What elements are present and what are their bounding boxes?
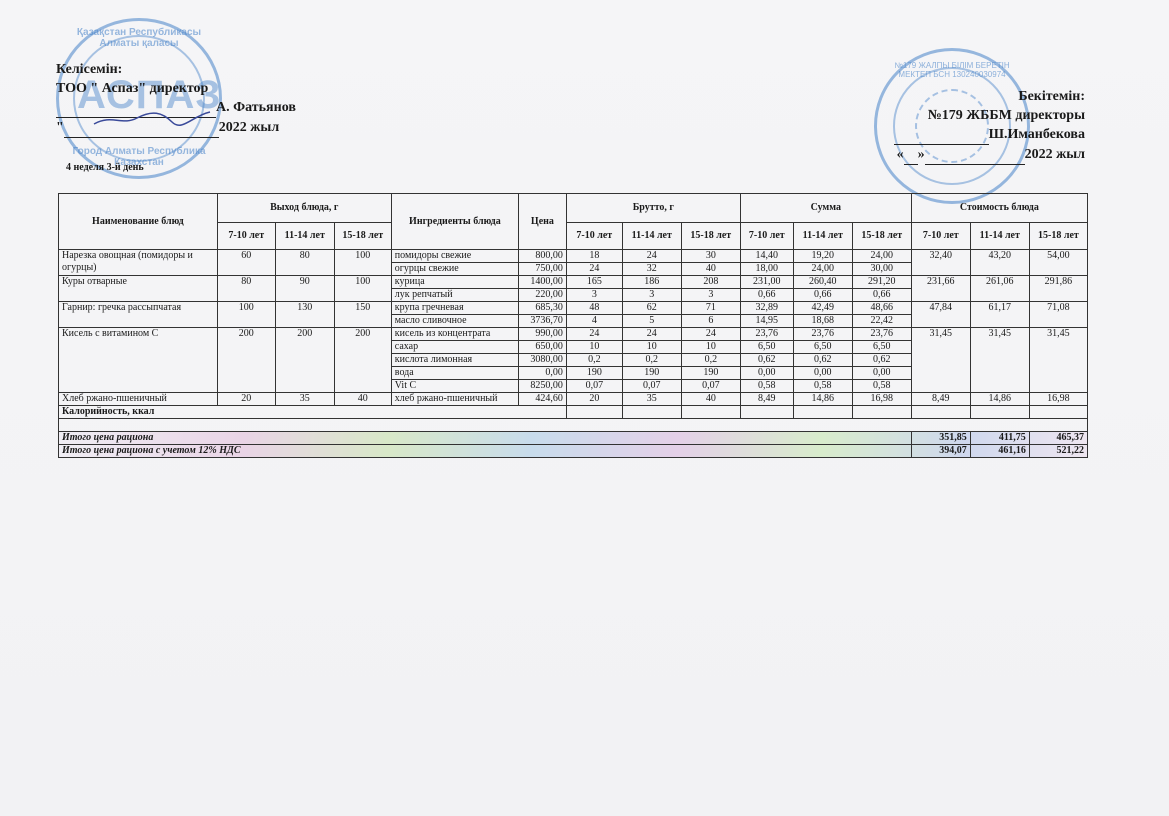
date-close-quote: » — [918, 147, 925, 162]
empty-cell — [681, 406, 740, 419]
ingredient-brutto: 186 — [622, 276, 681, 289]
ingredient-brutto: 0,2 — [622, 354, 681, 367]
ingredient-brutto: 40 — [681, 393, 740, 406]
dish-yield: 90 — [275, 276, 334, 302]
ingredient-brutto: 24 — [681, 328, 740, 341]
header-price: Цена — [519, 194, 567, 250]
dish-yield: 80 — [275, 250, 334, 276]
ingredient-sum: 42,49 — [793, 302, 852, 315]
dish-cost: 31,45 — [970, 328, 1029, 393]
header-age-group: 15-18 лет — [1029, 223, 1087, 250]
ingredient-sum: 30,00 — [852, 263, 911, 276]
total-vat-value: 521,22 — [1029, 445, 1087, 458]
empty-cell — [852, 406, 911, 419]
dish-yield: 100 — [334, 250, 391, 276]
ingredient-brutto: 165 — [566, 276, 622, 289]
ingredient-brutto: 0,07 — [566, 380, 622, 393]
ingredient-sum: 32,89 — [740, 302, 793, 315]
ingredient-sum: 48,66 — [852, 302, 911, 315]
dish-yield: 100 — [217, 302, 275, 328]
dish-cost: 43,20 — [970, 250, 1029, 276]
ingredient-brutto: 0,07 — [622, 380, 681, 393]
ingredient-brutto: 24 — [566, 328, 622, 341]
ingredient-sum: 0,66 — [793, 289, 852, 302]
ingredient-sum: 260,40 — [793, 276, 852, 289]
header-dish: Наименование блюд — [59, 194, 218, 250]
ingredient-sum: 14,95 — [740, 315, 793, 328]
ingredient-sum: 231,00 — [740, 276, 793, 289]
ingredient-brutto: 190 — [681, 367, 740, 380]
dish-yield: 35 — [275, 393, 334, 406]
dish-name: Хлеб ржано-пшеничный — [59, 393, 218, 406]
ingredient-sum: 291,20 — [852, 276, 911, 289]
ingredient-price: 3080,00 — [519, 354, 567, 367]
total-value: 465,37 — [1029, 432, 1087, 445]
ingredient-name: курица — [391, 276, 518, 289]
ingredient-sum: 8,49 — [740, 393, 793, 406]
approval-left-org: ТОО " Аспаз" директор — [56, 79, 296, 98]
approval-right-title: Бекітемін: — [894, 87, 1085, 106]
ingredient-sum: 0,00 — [740, 367, 793, 380]
dish-yield: 200 — [217, 328, 275, 393]
date-open-quote: « — [897, 147, 904, 162]
approval-left-year: 2022 жыл — [219, 120, 279, 135]
ingredient-sum: 14,86 — [793, 393, 852, 406]
ingredient-sum: 24,00 — [852, 250, 911, 263]
header-age-group: 15-18 лет — [681, 223, 740, 250]
dish-name: Нарезка овощная (помидоры и огурцы) — [59, 250, 218, 276]
header-age-group: 11-14 лет — [622, 223, 681, 250]
blank-row — [59, 419, 1088, 432]
ingredient-sum: 0,58 — [852, 380, 911, 393]
ingredient-brutto: 190 — [622, 367, 681, 380]
menu-table: Наименование блюдВыход блюда, гИнгредиен… — [58, 193, 1088, 458]
approval-left-date-quote: " — [56, 120, 64, 135]
table-row: Нарезка овощная (помидоры и огурцы)60801… — [59, 250, 1088, 263]
approval-right: Бекітемін: №179 ЖББМ директоры Ш.Иманбек… — [894, 87, 1085, 165]
ingredient-name: помидоры свежие — [391, 250, 518, 263]
ingredient-sum: 0,62 — [852, 354, 911, 367]
ingredient-name: огурцы свежие — [391, 263, 518, 276]
ingredient-sum: 0,62 — [793, 354, 852, 367]
approval-right-org: №179 ЖББМ директоры — [894, 106, 1085, 125]
header-row-groups: Наименование блюдВыход блюда, гИнгредиен… — [59, 194, 1088, 223]
ingredient-sum: 0,62 — [740, 354, 793, 367]
dish-yield: 40 — [334, 393, 391, 406]
header-age-group: 11-14 лет — [275, 223, 334, 250]
ingredient-sum: 24,00 — [793, 263, 852, 276]
dish-yield: 100 — [334, 276, 391, 302]
dish-name: Куры отварные — [59, 276, 218, 302]
ingredient-brutto: 35 — [622, 393, 681, 406]
header-age-group: 11-14 лет — [793, 223, 852, 250]
stamp-ring-top: Қазақстан Республикасы Алматы қаласы — [59, 27, 219, 49]
header-yield: Выход блюда, г — [217, 194, 391, 223]
ingredient-sum: 23,76 — [793, 328, 852, 341]
ingredient-name: кислота лимонная — [391, 354, 518, 367]
header-age-group: 15-18 лет — [852, 223, 911, 250]
ingredient-sum: 0,66 — [852, 289, 911, 302]
header-age-group: 15-18 лет — [334, 223, 391, 250]
ingredient-sum: 23,76 — [852, 328, 911, 341]
dish-cost: 231,66 — [911, 276, 970, 302]
dish-yield: 80 — [217, 276, 275, 302]
ingredient-brutto: 10 — [622, 341, 681, 354]
header-age-group: 11-14 лет — [970, 223, 1029, 250]
ingredient-sum: 6,50 — [852, 341, 911, 354]
ingredient-brutto: 20 — [566, 393, 622, 406]
ingredient-sum: 0,00 — [793, 367, 852, 380]
ingredient-name: масло сливочное — [391, 315, 518, 328]
empty-cell — [566, 406, 622, 419]
ingredient-brutto: 10 — [681, 341, 740, 354]
approval-left-name: А. Фатьянов — [216, 100, 296, 115]
dish-cost: 14,86 — [970, 393, 1029, 406]
ingredient-sum: 18,68 — [793, 315, 852, 328]
dish-yield: 60 — [217, 250, 275, 276]
empty-cell — [793, 406, 852, 419]
ingredient-brutto: 190 — [566, 367, 622, 380]
dish-cost: 61,17 — [970, 302, 1029, 328]
ingredient-price: 0,00 — [519, 367, 567, 380]
total-row: Итого цена рациона351,85411,75465,37 — [59, 432, 1088, 445]
header-brutto: Брутто, г — [566, 194, 740, 223]
ingredient-name: сахар — [391, 341, 518, 354]
ingredient-sum: 0,58 — [793, 380, 852, 393]
ingredient-sum: 14,40 — [740, 250, 793, 263]
ingredient-name: Vit C — [391, 380, 518, 393]
ingredient-brutto: 3 — [622, 289, 681, 302]
ingredient-brutto: 0,2 — [566, 354, 622, 367]
ingredient-brutto: 48 — [566, 302, 622, 315]
empty-cell — [622, 406, 681, 419]
empty-cell — [59, 419, 1088, 432]
dish-cost: 47,84 — [911, 302, 970, 328]
ingredient-price: 8250,00 — [519, 380, 567, 393]
table-row: Куры отварные8090100курица1400,001651862… — [59, 276, 1088, 289]
ingredient-price: 1400,00 — [519, 276, 567, 289]
calories-label: Калорийность, ккал — [59, 406, 567, 419]
ingredient-price: 990,00 — [519, 328, 567, 341]
empty-cell — [740, 406, 793, 419]
total-vat-label: Итого цена рациона с учетом 12% НДС — [59, 445, 912, 458]
ingredient-brutto: 24 — [566, 263, 622, 276]
ingredient-brutto: 0,2 — [681, 354, 740, 367]
dish-cost: 31,45 — [911, 328, 970, 393]
header-age-group: 7-10 лет — [911, 223, 970, 250]
ingredient-brutto: 62 — [622, 302, 681, 315]
ingredient-price: 424,60 — [519, 393, 567, 406]
total-vat-row: Итого цена рациона с учетом 12% НДС394,0… — [59, 445, 1088, 458]
ingredient-brutto: 0,07 — [681, 380, 740, 393]
total-vat-value: 461,16 — [970, 445, 1029, 458]
total-label: Итого цена рациона — [59, 432, 912, 445]
header-age-group: 7-10 лет — [566, 223, 622, 250]
ingredient-sum: 23,76 — [740, 328, 793, 341]
ingredient-brutto: 30 — [681, 250, 740, 263]
ingredient-price: 750,00 — [519, 263, 567, 276]
ingredient-name: лук репчатый — [391, 289, 518, 302]
ingredient-name: вода — [391, 367, 518, 380]
dish-cost: 31,45 — [1029, 328, 1087, 393]
ingredient-price: 220,00 — [519, 289, 567, 302]
dish-yield: 150 — [334, 302, 391, 328]
dish-cost: 261,06 — [970, 276, 1029, 302]
ingredient-price: 650,00 — [519, 341, 567, 354]
dish-yield: 130 — [275, 302, 334, 328]
dish-name: Кисель с витамином С — [59, 328, 218, 393]
ingredient-price: 3736,70 — [519, 315, 567, 328]
header-age-group: 7-10 лет — [740, 223, 793, 250]
ingredient-sum: 19,20 — [793, 250, 852, 263]
ingredient-sum: 0,58 — [740, 380, 793, 393]
empty-cell — [911, 406, 970, 419]
total-vat-value: 394,07 — [911, 445, 970, 458]
dish-cost: 8,49 — [911, 393, 970, 406]
ingredient-sum: 22,42 — [852, 315, 911, 328]
header-cost: Стоимость блюда — [911, 194, 1087, 223]
empty-cell — [1029, 406, 1087, 419]
week-label: 4 неделя 3-й день — [66, 162, 144, 173]
dish-cost: 32,40 — [911, 250, 970, 276]
table-row: Гарнир: гречка рассыпчатая100130150крупа… — [59, 302, 1088, 315]
table-row: Хлеб ржано-пшеничный203540хлеб ржано-пше… — [59, 393, 1088, 406]
ingredient-sum: 6,50 — [740, 341, 793, 354]
ingredient-brutto: 3 — [566, 289, 622, 302]
empty-cell — [970, 406, 1029, 419]
dish-yield: 200 — [275, 328, 334, 393]
signature-icon — [92, 110, 212, 128]
ingredient-brutto: 208 — [681, 276, 740, 289]
ingredient-brutto: 6 — [681, 315, 740, 328]
ingredient-sum: 18,00 — [740, 263, 793, 276]
dish-cost: 291,86 — [1029, 276, 1087, 302]
approval-right-name: Ш.Иманбекова — [989, 127, 1085, 142]
dish-yield: 20 — [217, 393, 275, 406]
ingredient-brutto: 71 — [681, 302, 740, 315]
ingredient-brutto: 10 — [566, 341, 622, 354]
ingredient-brutto: 24 — [622, 328, 681, 341]
ingredient-brutto: 4 — [566, 315, 622, 328]
ingredient-name: хлеб ржано-пшеничный — [391, 393, 518, 406]
approval-right-year: 2022 жыл — [1025, 147, 1085, 162]
ingredient-name: крупа гречневая — [391, 302, 518, 315]
ingredient-brutto: 24 — [622, 250, 681, 263]
ingredient-brutto: 40 — [681, 263, 740, 276]
ingredient-brutto: 5 — [622, 315, 681, 328]
header-age-group: 7-10 лет — [217, 223, 275, 250]
dish-cost: 16,98 — [1029, 393, 1087, 406]
ingredient-sum: 0,00 — [852, 367, 911, 380]
dish-cost: 54,00 — [1029, 250, 1087, 276]
header-ingredients: Ингредиенты блюда — [391, 194, 518, 250]
ingredient-brutto: 3 — [681, 289, 740, 302]
header-sum: Сумма — [740, 194, 911, 223]
total-value: 411,75 — [970, 432, 1029, 445]
ingredient-sum: 0,66 — [740, 289, 793, 302]
ingredient-name: кисель из концентрата — [391, 328, 518, 341]
calories-row: Калорийность, ккал — [59, 406, 1088, 419]
stamp-ring-text: №179 ЖАЛПЫ БІЛІМ БЕРЕТІН МЕКТЕП БСН 1302… — [877, 61, 1027, 79]
approval-left-title: Келісемін: — [56, 60, 296, 79]
ingredient-sum: 16,98 — [852, 393, 911, 406]
table-row: Кисель с витамином С200200200кисель из к… — [59, 328, 1088, 341]
dish-cost: 71,08 — [1029, 302, 1087, 328]
dish-yield: 200 — [334, 328, 391, 393]
ingredient-brutto: 18 — [566, 250, 622, 263]
dish-name: Гарнир: гречка рассыпчатая — [59, 302, 218, 328]
ingredient-brutto: 32 — [622, 263, 681, 276]
ingredient-price: 800,00 — [519, 250, 567, 263]
ingredient-sum: 6,50 — [793, 341, 852, 354]
total-value: 351,85 — [911, 432, 970, 445]
ingredient-price: 685,30 — [519, 302, 567, 315]
